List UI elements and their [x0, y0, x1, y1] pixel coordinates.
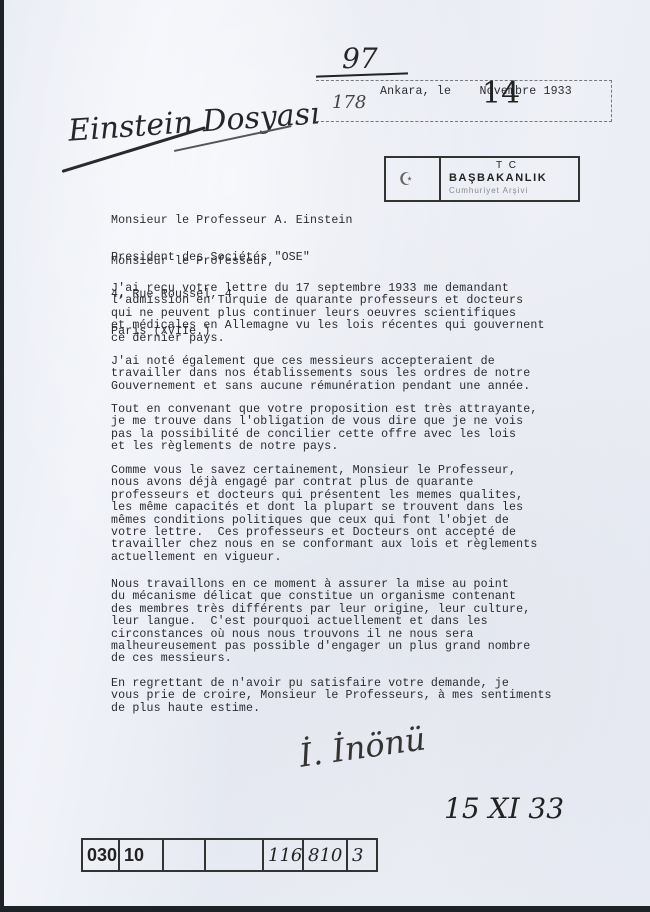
- stamp-line2: BAŞBAKANLIK: [449, 172, 547, 184]
- ref-cell: 810: [304, 840, 348, 870]
- paragraph: Nous travaillons en ce moment à assurer …: [111, 579, 530, 666]
- registration-number: 178: [332, 92, 366, 113]
- paragraph: J'ai noté également que ces messieurs ac…: [111, 356, 530, 393]
- stamp-line3: Cumhuriyet Arşivi: [449, 186, 528, 195]
- date-day-handwritten: 14: [482, 76, 520, 111]
- folio-underline: [316, 72, 408, 77]
- paragraph: En regrettant de n'avoir pu satisfaire v…: [111, 678, 552, 715]
- salutation: Monsieur le Professeur,: [111, 256, 274, 268]
- ref-cell: [164, 840, 206, 870]
- paragraph: Comme vous le savez certainement, Monsie…: [111, 465, 537, 564]
- scanned-letter-page: 97 178 Ankara, le Novembre 1933 14 Einst…: [4, 0, 650, 906]
- signature-date: 15 XI 33: [444, 792, 564, 825]
- paragraph: J'ai reçu votre lettre du 17 septembre 1…: [111, 283, 545, 345]
- stamp-divider: [439, 158, 441, 200]
- ref-cell: 116: [264, 840, 304, 870]
- stamp-line1: T C: [496, 160, 518, 171]
- ref-cell: [206, 840, 264, 870]
- folio-number: 97: [342, 42, 378, 75]
- crescent-icon: ☪: [400, 166, 412, 192]
- margin-annotation: Einstein Dosyası: [67, 96, 321, 148]
- archive-stamp: ☪ T C BAŞBAKANLIK Cumhuriyet Arşivi: [384, 156, 580, 202]
- date-line: Ankara, le Novembre 1933: [380, 86, 572, 98]
- ref-cell: 10: [120, 840, 164, 870]
- ref-cell: 3: [348, 840, 376, 870]
- archive-reference-table: 030 10 116 810 3: [81, 838, 378, 872]
- recipient-line: Monsieur le Professeur A. Einstein: [111, 215, 353, 227]
- signature: İ. İnönü: [297, 719, 428, 774]
- ref-cell: 030: [83, 840, 120, 870]
- paragraph: Tout en convenant que votre proposition …: [111, 404, 537, 454]
